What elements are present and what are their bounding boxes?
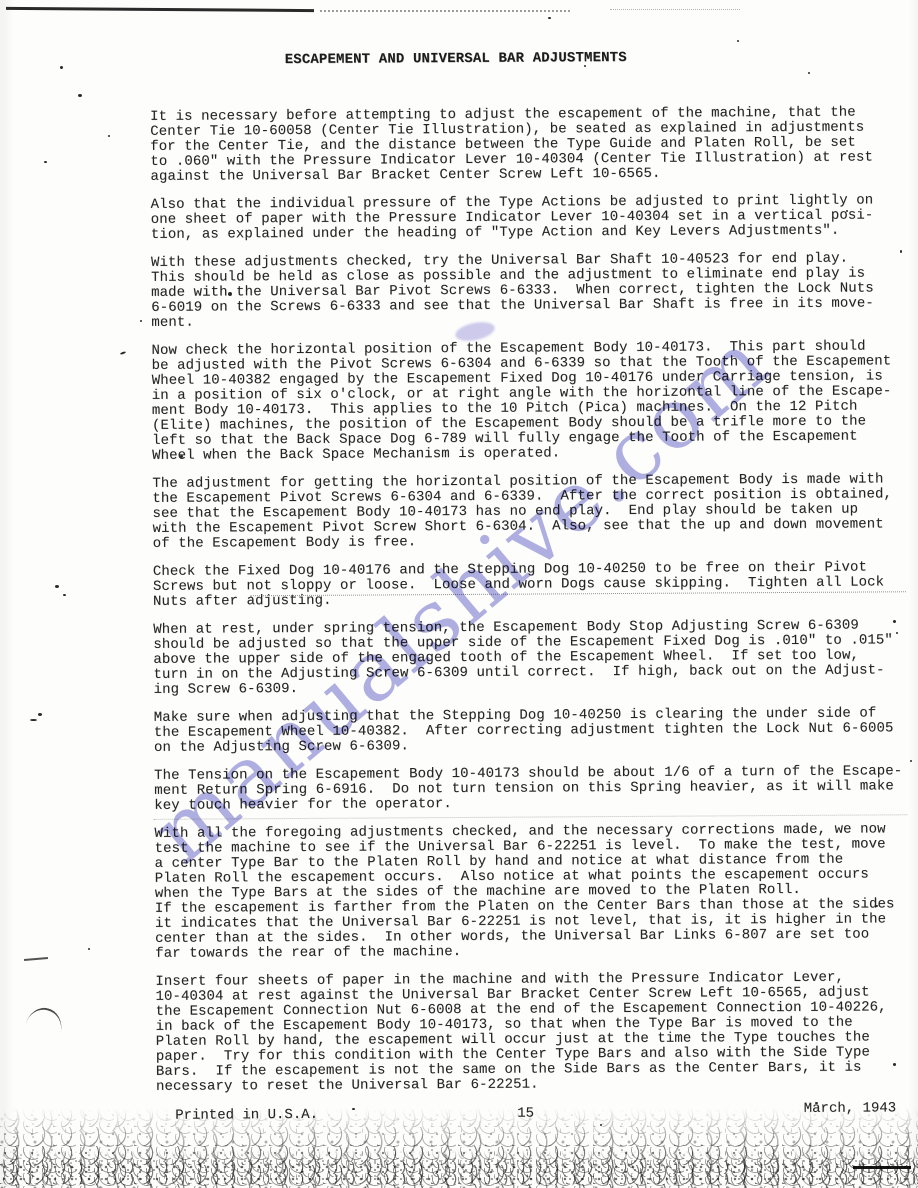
scan-speck [846,210,848,212]
scan-speck [60,66,63,69]
page-title: ESCAPEMENT AND UNIVERSAL BAR ADJUSTMENTS [0,48,915,70]
text-line: on the Adjusting Screw 6-6309. [154,736,914,756]
paragraph: The Tension on the Escapement Body 10-40… [154,764,914,814]
text-line: tion, as explained under the heading of … [151,223,911,243]
scan-speck [38,713,42,716]
scan-speck [88,948,90,950]
paragraph: It is necessary before attempting to adj… [150,105,910,185]
scan-speck [180,455,183,458]
page-content: ESCAPEMENT AND UNIVERSAL BAR ADJUSTMENTS… [0,0,918,1188]
paragraph: With all the foregoing adjustments check… [154,822,915,962]
scan-speck [893,620,896,623]
text-line: necessary to reset the Universal Bar 6-2… [156,1075,916,1095]
document-body: It is necessary before attempting to adj… [150,105,916,1108]
text-line: of the Escapement Body is free. [153,532,913,552]
scan-speck [30,719,37,721]
text-line: far towards the rear of the machine. [155,942,915,962]
scan-speck [875,905,878,907]
scanned-manual-page: ESCAPEMENT AND UNIVERSAL BAR ADJUSTMENTS… [0,0,918,1188]
scan-speck [55,585,59,588]
paragraph: With these adjustments checked, try the … [151,251,911,331]
scan-speck [63,594,66,596]
paragraph: Check the Fixed Dog 10-40176 and the Ste… [153,560,913,610]
scan-speck [108,135,110,137]
scan-speck [893,1063,896,1066]
paragraph: Make sure when adjusting that the Steppi… [154,706,914,756]
paragraph: When at rest, under spring tension, the … [153,618,913,698]
page-number: 15 [517,1106,534,1122]
scan-speck [140,320,142,322]
text-line: Wheel when the Back Space Mechanism is o… [152,444,912,464]
text-line: ing Screw 6-6309. [154,678,914,698]
scan-speck [900,250,902,253]
scan-speck [600,1124,602,1126]
scan-speck [737,40,739,42]
paragraph: The adjustment for getting the horizonta… [152,472,912,552]
scan-speck [352,1108,355,1110]
scan-speck [44,161,47,163]
scan-speck [896,632,898,634]
printed-in-label: Printed in U.S.A. [175,1107,318,1124]
text-line: key touch heavier for the operator. [154,794,914,814]
scan-speck [815,1102,818,1104]
scan-speck [910,760,912,762]
scan-speck [548,17,551,19]
scan-speck [584,65,586,67]
scan-speck [228,292,232,296]
paragraph: Insert four sheets of paper in the machi… [155,970,916,1095]
paragraph: Also that the individual pressure of the… [151,193,911,243]
text-line: against the Universal Bar Bracket Center… [150,165,910,185]
scan-corner-line [853,1166,911,1169]
page-footer: Printed in U.S.A. 15 March, 1943 [3,1103,918,1127]
scan-speck [808,72,810,74]
scan-speck [78,94,82,97]
paragraph: Now check the horizontal position of the… [151,339,912,464]
